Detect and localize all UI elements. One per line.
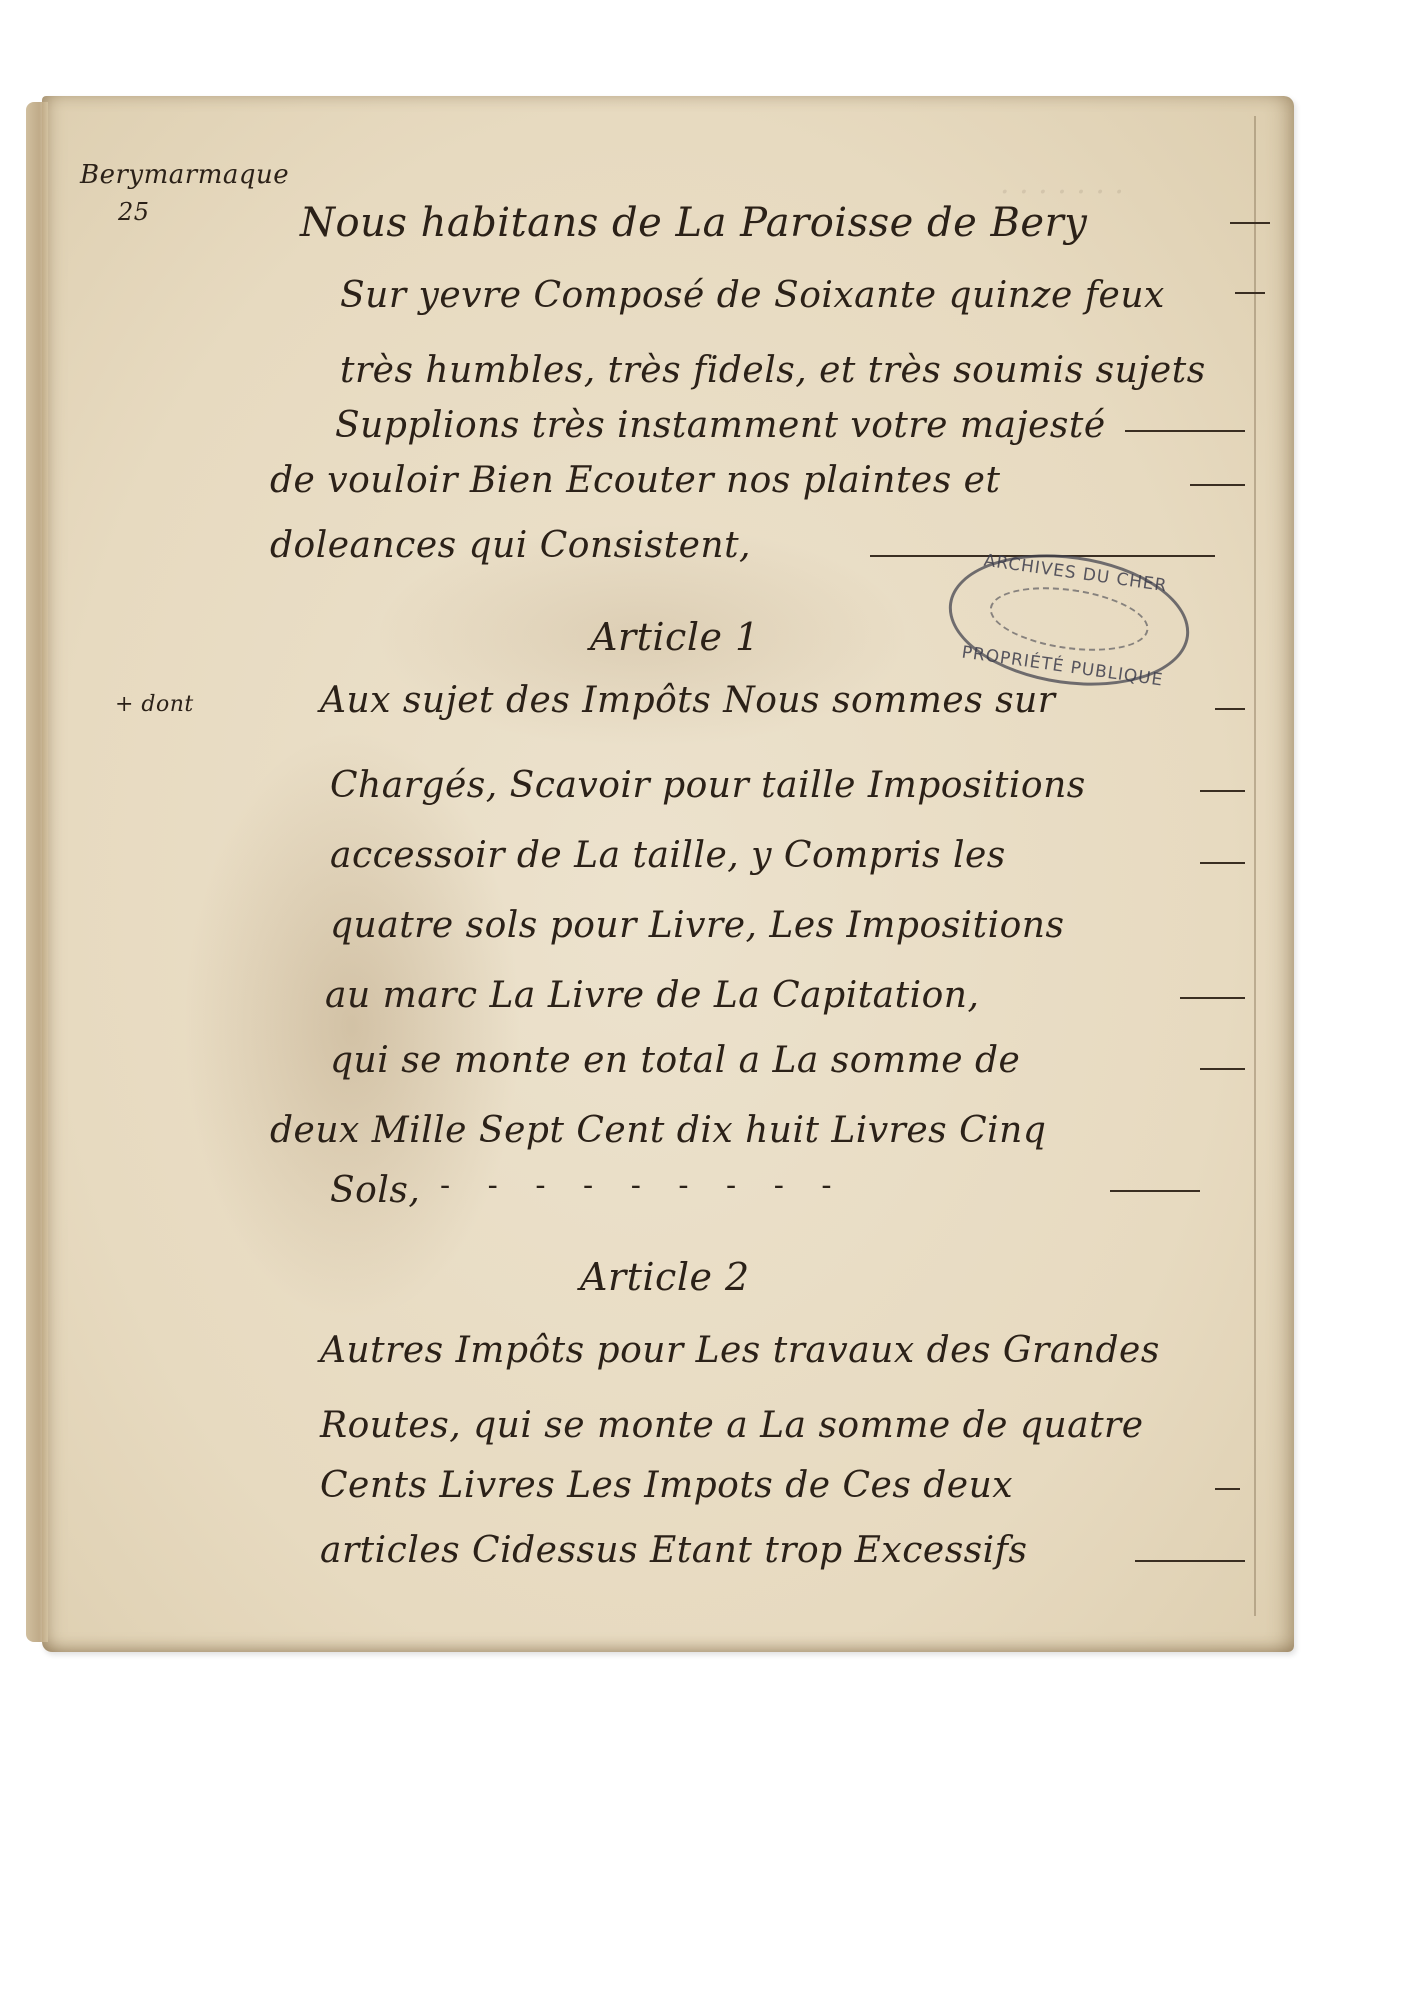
margin-note-number: 25 — [118, 198, 150, 226]
preamble-line-1: Nous habitans de La Paroisse de Bery — [300, 200, 1087, 246]
line-filler — [1200, 862, 1245, 864]
article-2-line-4: articles Cidessus Etant trop Excessifs — [320, 1530, 1027, 1571]
preamble-line-3: très humbles, très fidels, et très soumi… — [340, 350, 1206, 391]
article-1-line-1: Aux sujet des Impôts Nous sommes sur — [320, 680, 1056, 721]
line-filler — [1235, 292, 1265, 294]
line-filler — [1180, 997, 1245, 999]
line-filler — [1215, 708, 1245, 710]
line-filler — [1215, 1488, 1240, 1490]
line-filler — [1125, 430, 1245, 432]
article-2-heading: Article 2 — [580, 1255, 750, 1299]
article-2-line-3: Cents Livres Les Impots de Ces deux — [320, 1465, 1013, 1506]
article-1-line-5: au marc La Livre de La Capitation, — [325, 975, 979, 1016]
article-1-line-6: qui se monte en total a La somme de — [330, 1040, 1020, 1081]
line-filler — [1200, 1068, 1245, 1070]
line-filler — [1135, 1560, 1245, 1562]
margin-note-annotation: + dont — [115, 692, 194, 717]
article-1-line-4: quatre sols pour Livre, Les Impositions — [330, 905, 1064, 946]
preamble-line-5: de vouloir Bien Ecouter nos plaintes et — [270, 460, 1000, 501]
line-filler — [1230, 222, 1270, 224]
line-filler — [1190, 484, 1245, 486]
preamble-line-6: doleances qui Consistent, — [270, 525, 751, 566]
line-filler — [1200, 790, 1245, 792]
article-2-line-1: Autres Impôts pour Les travaux des Grand… — [320, 1330, 1160, 1371]
article-1-line-8: Sols, — [330, 1170, 420, 1211]
margin-note-parish: Berymarmaque — [80, 160, 289, 190]
article-1-line-2: Chargés, Scavoir pour taille Impositions — [330, 765, 1086, 806]
line-filler-dashes: - - - - - - - - - — [440, 1168, 846, 1203]
preamble-line-2: Sur yevre Composé de Soixante quinze feu… — [340, 275, 1165, 316]
article-1-heading: Article 1 — [590, 615, 760, 659]
article-2-line-2: Routes, qui se monte a La somme de quatr… — [320, 1405, 1144, 1446]
preamble-line-4: Supplions très instamment votre majesté — [335, 405, 1106, 446]
line-filler — [1110, 1190, 1200, 1192]
article-1-line-3: accessoir de La taille, y Compris les — [330, 835, 1006, 876]
article-1-line-7: deux Mille Sept Cent dix huit Livres Cin… — [270, 1110, 1046, 1151]
